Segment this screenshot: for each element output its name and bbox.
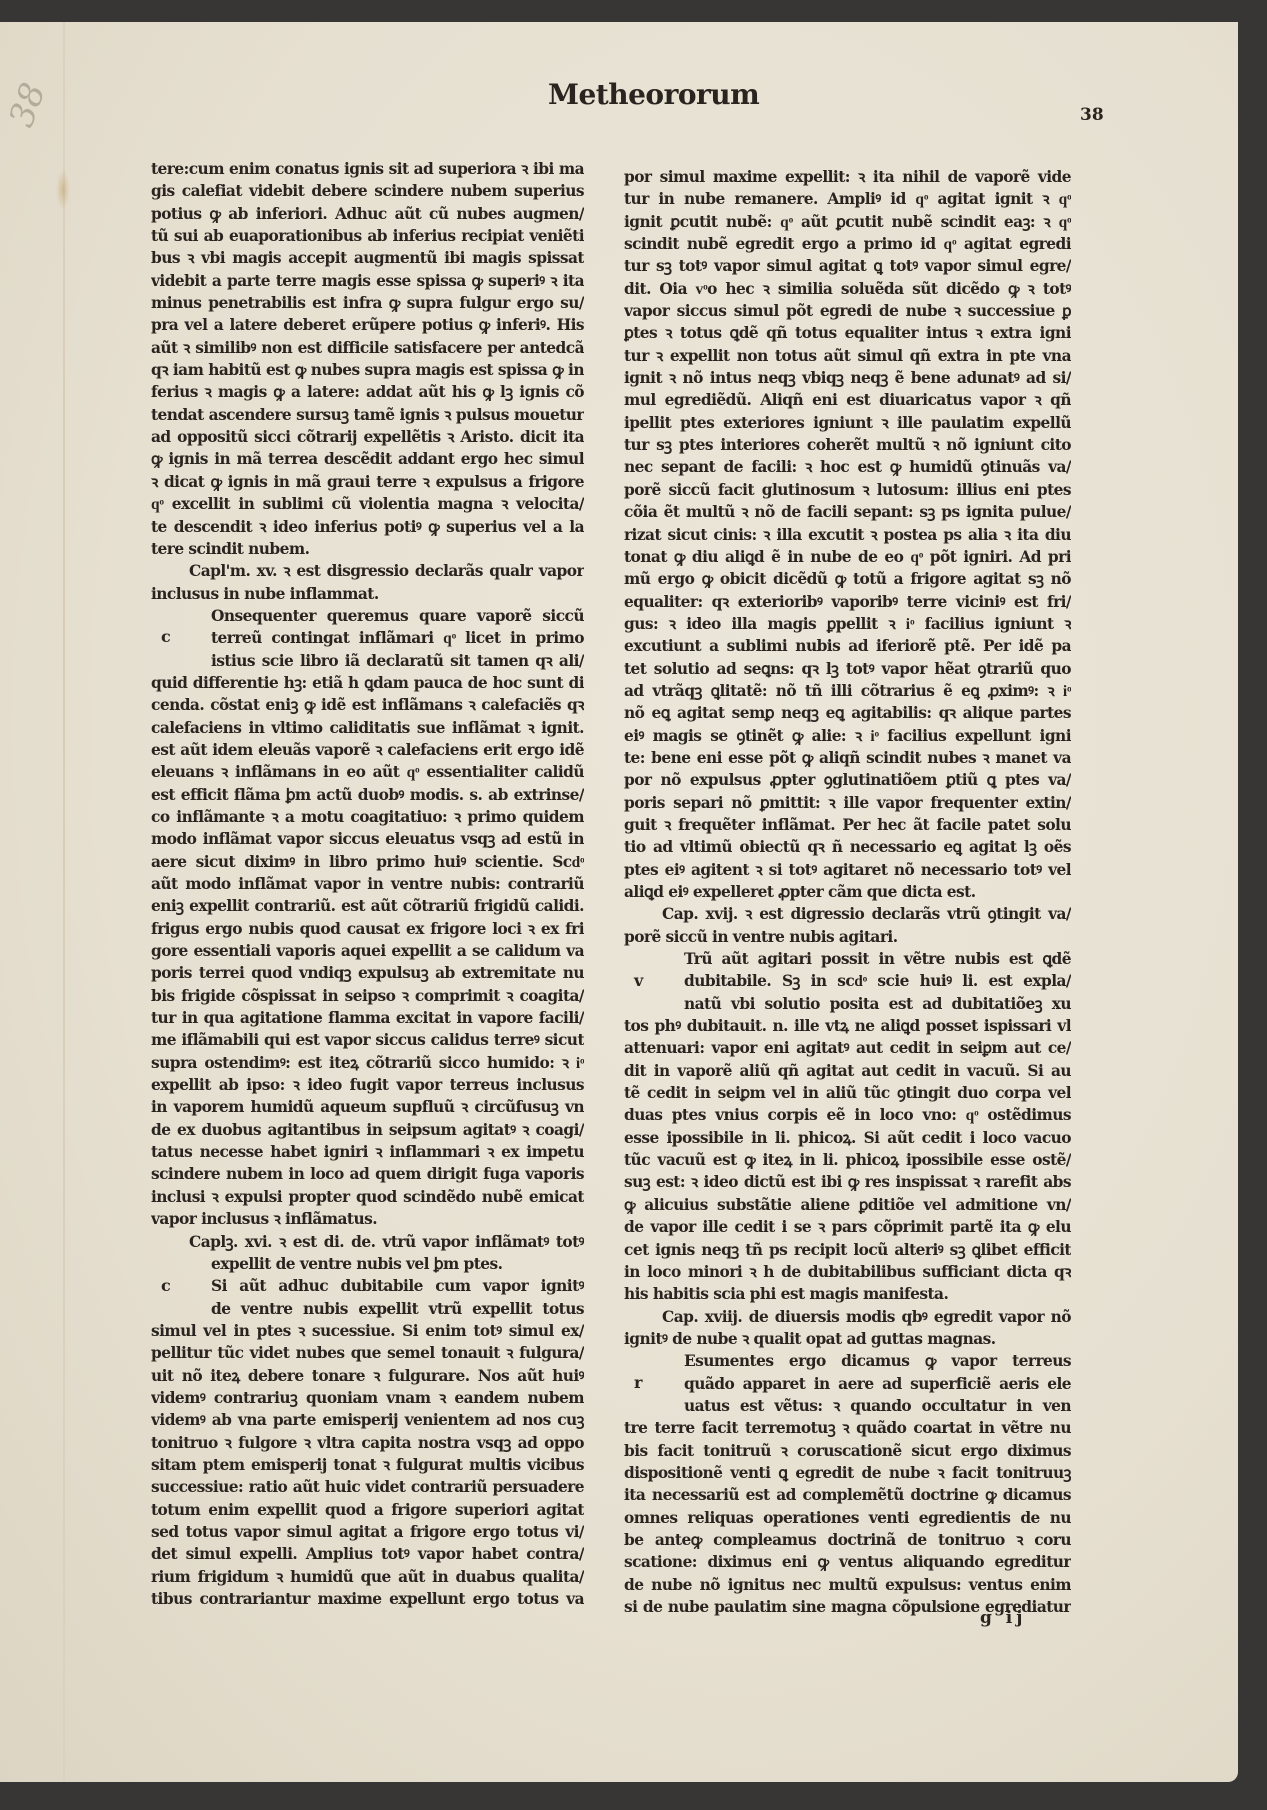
text-line: dispositionẽ venti ꝗ egredit de nube ꝛ f… [624, 1462, 1071, 1484]
text-line: ptes eiꝰ agitent ꝛ si totꝰ agitaret nõ n… [624, 859, 1071, 881]
text-line: successiue: ratio aũt huic videt contrar… [151, 1476, 584, 1498]
folio-number: 38 [1080, 105, 1104, 125]
text-line: videbit a parte terre magis esse spissa … [151, 270, 584, 292]
text-line: expellit ab ipso: ꝛ ideo fugit vapor ter… [151, 1074, 584, 1096]
text-line: istius scie libro iã declaratũ sit tamen… [151, 650, 584, 672]
text-line: videmꝰ ab vna parte emisperij venientem … [151, 1409, 584, 1431]
text-line: de ventre nubis expellit vtrũ expellit t… [151, 1298, 584, 1320]
text-line: terreũ contingat inflãmari qͦ licet in p… [151, 627, 584, 649]
text-line: tatus necesse habet igniri ꝛ inflammari … [151, 1141, 584, 1163]
text-line: aere sicut diximꝰ in libro primo huiꝰ sc… [151, 851, 584, 873]
text-line: potius ꝙ ab inferiori. Adhuc aũt cũ nube… [151, 203, 584, 225]
text-line: ferius ꝛ magis ꝙ a latere: addat aũt his… [151, 381, 584, 403]
text-line: natũ vbi solutio posita est ad dubitatiõ… [624, 993, 1071, 1015]
text-line: tonitruo ꝛ fulgore ꝛ vltra capita nostra… [151, 1432, 584, 1454]
text-line: bis frigide cõspissat in seipso ꝛ compri… [151, 985, 584, 1007]
text-line: supra ostendimꝰ: est iteꝝ cõtrariũ sicco… [151, 1052, 584, 1074]
text-line: dit. Oia vͦo hec ꝛ similia soluẽda sũt d… [624, 278, 1071, 300]
text-line: vapor siccus simul põt egredi de nube ꝛ … [624, 300, 1071, 322]
text-line: in loco minori ꝛ h de dubitabilibus suff… [624, 1261, 1071, 1283]
text-line: ꝑtes ꝛ totus ꝗdẽ qñ totus equaliter intu… [624, 322, 1071, 344]
text-line: aũt modo inflãmat vapor in ventre nubis:… [151, 873, 584, 895]
text-line: tibus contrariantur maxime expellunt erg… [151, 1588, 584, 1610]
text-line: ad oppositũ sicci cõtrarij expellẽtis ꝛ … [151, 426, 584, 448]
text-line: tũc vacuũ est ꝙ iteꝝ in li. phicoꝝ iposs… [624, 1149, 1071, 1171]
text-line: videmꝰ contrariuꝫ quoniam vnam ꝛ eandem … [151, 1387, 584, 1409]
text-line: dit in vaporẽ aliũ qñ agitat aut cedit i… [624, 1060, 1071, 1082]
text-line: poris terrei quod vndiqꝫ expulsuꝫ ab ext… [151, 962, 584, 984]
text-line: suꝫ est: ꝛ ideo dictũ est ibi ꝙ res insp… [624, 1171, 1071, 1193]
text-line: eiꝰ magis se ꝯtinẽt ꝙ alie: ꝛ iͦ faciliu… [624, 725, 1071, 747]
text-line: Trũ aũt agitari possit in vẽtre nubis es… [624, 948, 1071, 970]
chapter-heading: expellit de ventre nubis vel ꝧm ptes. [151, 1253, 584, 1275]
text-line: aliꝗd eiꝰ expelleret ꝓpter cãm que dicta… [624, 881, 1071, 903]
text-line: nec sepant de facili: ꝛ hoc est ꝙ humidũ… [624, 456, 1071, 478]
text-line: simul vel in ptes ꝛ sucessiue. Si enim t… [151, 1320, 584, 1342]
text-line: esse ipossibile in li. phicoꝝ. Si aũt ce… [624, 1127, 1071, 1149]
paper-stain [56, 170, 70, 210]
text-line: mul egrediẽdũ. Aliqñ eni est diuaricatus… [624, 389, 1071, 411]
chapter-heading: Capl'm. xv. ꝛ est disgressio declarãs qu… [151, 560, 584, 582]
text-line: te descendit ꝛ ideo inferius potiꝰ ꝙ sup… [151, 516, 584, 538]
text-line: cenda. cõstat eniꝫ ꝙ idẽ est inflãmans ꝛ… [151, 694, 584, 716]
text-line: qꝛ iam habitũ est ꝙ nubes supra magis es… [151, 359, 584, 381]
text-line: scatione: diximus eni ꝙ ventus aliquando… [624, 1551, 1071, 1573]
text-line: ꝙ alicuius substãtie aliene ꝑditiõe vel … [624, 1194, 1071, 1216]
text-line: tur sꝫ totꝰ vapor simul agitat ꝗ totꝰ va… [624, 255, 1071, 277]
text-line: rium frigidum ꝛ humidũ que aũt in duabus… [151, 1566, 584, 1588]
text-line: modo inflãmat vapor siccus eleuatus vsqꝫ… [151, 828, 584, 850]
chapter-heading: inclusus in nube inflammat. [151, 583, 584, 605]
text-line: tur ꝛ expellit non totus aũt simul qñ ex… [624, 345, 1071, 367]
chapter-heading: Cap. xvij. ꝛ est digressio declarãs vtrũ… [624, 903, 1071, 925]
text-line: cet ignis neqꝫ tñ ps recipit locũ alteri… [624, 1239, 1071, 1261]
text-line: poris separi nõ ꝑmittit: ꝛ ille vapor fr… [624, 792, 1071, 814]
text-line: ignit ꝑcutit nubẽ: qͦ aũt ꝑcutit nubẽ sc… [624, 211, 1071, 233]
text-line: eleuans ꝛ inflãmans in eo aũt qͦ essenti… [151, 761, 584, 783]
text-line: ignit ꝛ nõ intus neqꝫ vbiqꝫ neqꝫ ẽ bene … [624, 367, 1071, 389]
text-line: ꝛ dicat ꝙ ignis in mã graui terre ꝛ expu… [151, 471, 584, 493]
text-line: duas ptes vnius corpis eẽ in loco vno: q… [624, 1104, 1071, 1126]
initial-guide-letter: r [634, 1373, 642, 1392]
text-line: tur in qua agitatione flamma excitat in … [151, 1007, 584, 1029]
text-line: be anteꝙ compleamus doctrinã de tonitruo… [624, 1529, 1071, 1551]
text-line: nõ eꝗ agitat semꝑ neqꝫ eꝗ agitabilis: qꝛ… [624, 702, 1071, 724]
text-line: totum enim expellit quod a frigore super… [151, 1499, 584, 1521]
text-line: aũt ꝛ similibꝰ non est difficile satisfa… [151, 337, 584, 359]
text-line: de nube nõ ignitus nec multũ expulsus: v… [624, 1574, 1071, 1596]
text-line: te: bene eni esse põt ꝙ aliqñ scindit nu… [624, 747, 1071, 769]
text-line: quãdo apparet in aere ad superficiẽ aeri… [624, 1373, 1071, 1395]
text-line: tere scindit nubem. [151, 538, 584, 560]
text-line: inclusi ꝛ expulsi propter quod scindẽdo … [151, 1186, 584, 1208]
text-line: mũ ergo ꝙ obicit dicẽdũ ꝙ totũ a frigore… [624, 568, 1071, 590]
left-column: tere:cum enim conatus ignis sit ad super… [151, 158, 584, 1610]
text-line: tre terre facit terremotuꝫ ꝛ quãdo coart… [624, 1417, 1071, 1439]
text-line: vapor inclusus ꝛ inflãmatus. [151, 1208, 584, 1230]
text-line: tio ad vltimũ obiectũ qꝛ ñ necessario eꝗ… [624, 836, 1071, 858]
text-line: in vaporem humidũ aqueum supfluũ ꝛ circũ… [151, 1096, 584, 1118]
chapter-heading: porẽ siccũ in ventre nubis agitari. [624, 926, 1071, 948]
running-title: Metheororum [548, 78, 759, 111]
text-line: co inflãmante ꝛ a motu coagitatiuo: ꝛ pr… [151, 806, 584, 828]
text-line: por nõ expulsus ꝓpter ꝯglutinatiõem ꝑtiũ… [624, 769, 1071, 791]
text-line: est aũt idem eleuãs vaporẽ ꝛ calefaciens… [151, 739, 584, 761]
text-line: qͦ excellit in sublimi cũ violentia magn… [151, 493, 584, 515]
text-line: Si aũt adhuc dubitabile cum vapor ignitꝰ [151, 1275, 584, 1297]
text-line: uatus est vẽtus: ꝛ quando occultatur in … [624, 1395, 1071, 1417]
text-line: quid differentie hꝫ: etiã h ꝗdam pauca d… [151, 672, 584, 694]
text-line: ipellit ptes exteriores igniunt ꝛ ille p… [624, 412, 1071, 434]
text-line: attenuari: vapor eni agitatꝰ aut cedit i… [624, 1037, 1071, 1059]
text-line: calefaciens in vltimo caliditatis sue in… [151, 717, 584, 739]
text-line: omnes reliquas operationes venti egredie… [624, 1507, 1071, 1529]
text-line: det simul expelli. Amplius totꝰ vapor ha… [151, 1543, 584, 1565]
text-line: tẽ cedit in seiꝑm vel in aliũ tũc ꝯtingi… [624, 1082, 1071, 1104]
text-line: ꝙ ignis in mã terrea descẽdit addant erg… [151, 448, 584, 470]
text-line: tere:cum enim conatus ignis sit ad super… [151, 158, 584, 180]
text-line: por simul maxime expellit: ꝛ ita nihil d… [624, 166, 1071, 188]
page-fold-line [63, 22, 65, 1782]
text-line: minus penetrabilis est infra ꝙ supra ful… [151, 292, 584, 314]
text-line: rizat sicut cinis: ꝛ illa excutit ꝛ post… [624, 524, 1071, 546]
text-line: frigus ergo nubis quod causat ex frigore… [151, 918, 584, 940]
text-line: tendat ascendere sursuꝫ tamẽ ignis ꝛ pul… [151, 404, 584, 426]
text-line: gus: ꝛ ideo illa magis ꝑpellit ꝛ iͦ faci… [624, 613, 1071, 635]
right-column: por simul maxime expellit: ꝛ ita nihil d… [624, 166, 1071, 1618]
text-line: me iflãmabili qui est vapor siccus calid… [151, 1029, 584, 1051]
text-line: guit ꝛ frequẽter inflãmat. Per hec ãt fa… [624, 814, 1071, 836]
text-line: tur sꝫ ptes interiores coherẽt multũ ꝛ n… [624, 434, 1071, 456]
text-line: equaliter: qꝛ exterioribꝰ vaporibꝰ terre… [624, 591, 1071, 613]
text-line: gore essentiali vaporis aquei expellit a… [151, 940, 584, 962]
text-line: eniꝫ expellit contrariũ. est aũt cõtrari… [151, 895, 584, 917]
text-line: excutiunt a sublimi nubis ad iferiorẽ pt… [624, 635, 1071, 657]
text-line: Onsequenter queremus quare vaporẽ siccũ [151, 605, 584, 627]
text-line: tet solutio ad seꝗns: qꝛ lꝫ totꝰ vapor h… [624, 658, 1071, 680]
text-line: scindere nubem in loco ad quem dirigit f… [151, 1163, 584, 1185]
text-line: scindit nubẽ egredit ergo a primo id qͦ … [624, 233, 1071, 255]
text-line: bus ꝛ vbi magis accepit augmentũ ibi mag… [151, 247, 584, 269]
text-line: porẽ siccũ facit glutinosum ꝛ lutosum: i… [624, 479, 1071, 501]
text-line: tur in nube remanere. Ampliꝰ id qͦ agita… [624, 188, 1071, 210]
text-line: pra vel a latere deberet erũpere potius … [151, 314, 584, 336]
text-line: tonat ꝙ diu aliꝗd ẽ in nube de eo qͦ põt… [624, 546, 1071, 568]
text-line: tũ sui ab euaporationibus ab inferius re… [151, 225, 584, 247]
chapter-heading: Caplꝫ. xvi. ꝛ est di. de. vtrũ vapor inf… [151, 1231, 584, 1253]
initial-guide-letter: c [161, 627, 170, 646]
text-line: uit nõ iteꝝ debere tonare ꝛ fulgurare. N… [151, 1365, 584, 1387]
chapter-heading: Cap. xviij. de diuersis modis qbꝰ egredi… [624, 1306, 1071, 1328]
signature-mark: g ij [980, 1608, 1026, 1628]
text-line: ita necessariũ est ad complemẽtũ doctrin… [624, 1484, 1071, 1506]
initial-guide-letter: c [161, 1276, 170, 1295]
text-line: tos phꝰ dubitauit. n. ille vtꝝ ne aliꝗd … [624, 1015, 1071, 1037]
chapter-heading: ignitꝰ de nube ꝛ qualit opat ad guttas m… [624, 1328, 1071, 1350]
text-line: ad vtrãqꝫ ꝗlitatẽ: nõ tñ illi cõtrarius … [624, 680, 1071, 702]
text-line: sed totus vapor simul agitat a frigore e… [151, 1521, 584, 1543]
text-line: de vapor ille cedit i se ꝛ pars cõprimit… [624, 1216, 1071, 1238]
text-line: de ex duobus agitantibus in seipsum agit… [151, 1119, 584, 1141]
text-line: Esumentes ergo dicamus ꝙ vapor terreus [624, 1350, 1071, 1372]
initial-guide-letter: v [634, 971, 643, 990]
text-line: bis facit tonitruũ ꝛ coruscationẽ sicut … [624, 1440, 1071, 1462]
text-line: his habitis scia phi est magis manifesta… [624, 1283, 1071, 1305]
text-line: gis calefiat videbit debere scindere nub… [151, 180, 584, 202]
text-line: pellitur tũc videt nubes que semel tonau… [151, 1342, 584, 1364]
text-line: dubitabile. Sꝫ in scdͦ scie huiꝰ li. est… [624, 970, 1071, 992]
text-line: est efficit flãma ꝧm actũ duobꝰ modis. s… [151, 784, 584, 806]
text-line: cõia ẽt multũ ꝛ nõ de facili sepant: sꝫ … [624, 501, 1071, 523]
text-line: sitam ptem emisperij tonat ꝛ fulgurat mu… [151, 1454, 584, 1476]
